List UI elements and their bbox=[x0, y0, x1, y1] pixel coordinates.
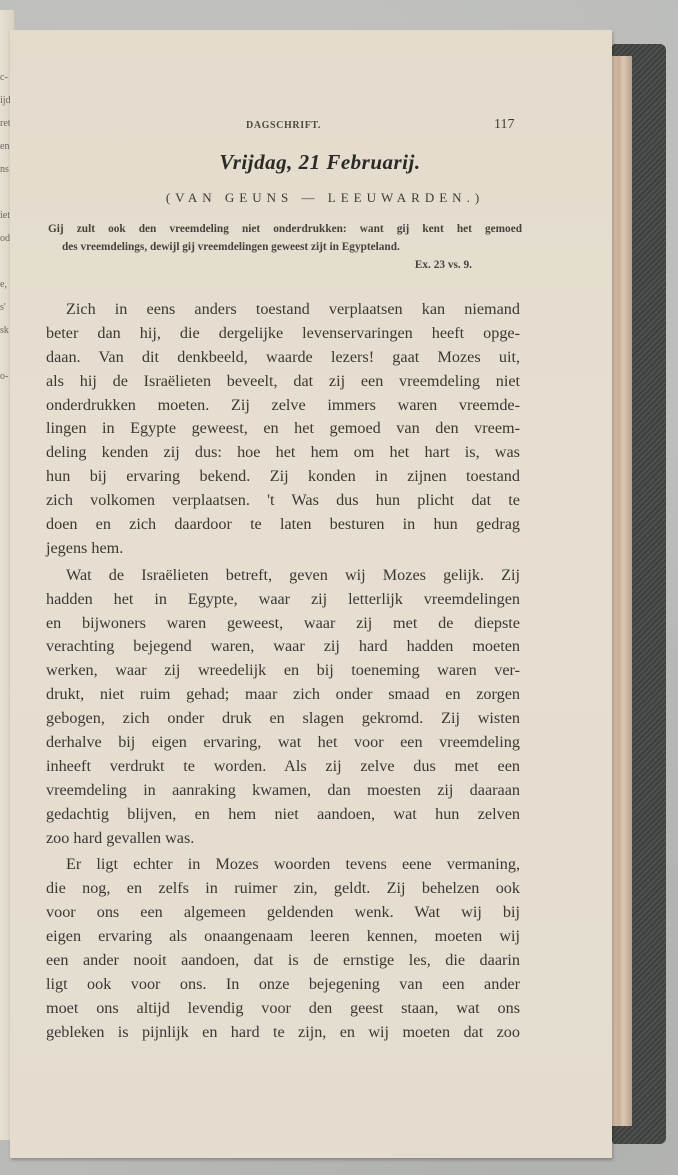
text-line: hadden het in Egypte, waar zij letterlij… bbox=[46, 588, 520, 612]
text-line: Wat de Israëlieten betreft, geven wij Mo… bbox=[46, 564, 520, 588]
text-line: Zich in eens anders toestand verplaatsen… bbox=[46, 298, 520, 322]
text-line: onderdrukken moeten. Zij zelve immers wa… bbox=[46, 394, 520, 418]
page-edges bbox=[610, 56, 632, 1126]
text-line: ligt ook voor ons. In onze bejegening va… bbox=[46, 973, 520, 997]
text-line: verachting bejegend waren, waar zij hard… bbox=[46, 635, 520, 659]
text-line: als hij de Israëlieten beveelt, dat zij … bbox=[46, 370, 520, 394]
book-page: DAGSCHRIFT. 117 Vrijdag, 21 Februarij. (… bbox=[10, 30, 612, 1158]
text-line: hun bij ervaring bekend. Zij konden in z… bbox=[46, 465, 520, 489]
page-number: 117 bbox=[494, 117, 514, 133]
body-text: Zich in eens anders toestand verplaatsen… bbox=[46, 298, 520, 1048]
text-line: moet ons altijd levendig voor den geest … bbox=[46, 997, 520, 1021]
epigraph: Gij zult ook den vreemdeling niet onderd… bbox=[48, 220, 522, 274]
text-line: en bijwoners waren geweest, waar zij met… bbox=[46, 612, 520, 636]
text-line: zoo hard gevallen was. bbox=[46, 827, 520, 851]
text-line: gebleken is pijnlijk en hard te zijn, en… bbox=[46, 1021, 520, 1045]
paragraph: Er ligt echter in Mozes woorden tevens e… bbox=[46, 853, 520, 1044]
entry-byline: (VAN GEUNS — LEEUWARDEN.) bbox=[10, 190, 612, 206]
text-line: vreemdeling in aanraking kwamen, dan moe… bbox=[46, 779, 520, 803]
text-line: een ander nooit aandoen, dat is de ernst… bbox=[46, 949, 520, 973]
text-line: die nog, en zelfs in ruimer zin, geldt. … bbox=[46, 877, 520, 901]
text-line: eigen ervaring als onaangenaam leeren ke… bbox=[46, 925, 520, 949]
text-line: werken, waar zij wreedelijk en bij toene… bbox=[46, 659, 520, 683]
paragraph: Zich in eens anders toestand verplaatsen… bbox=[46, 298, 520, 561]
text-line: voor ons een algemeen geldenden wenk. Wa… bbox=[46, 901, 520, 925]
epigraph-line: des vreemdelings, dewijl gij vreemdeling… bbox=[48, 238, 522, 256]
text-line: gedachtig blijven, en hem niet aandoen, … bbox=[46, 803, 520, 827]
text-line: daan. Van dit denkbeeld, waarde lezers! … bbox=[46, 346, 520, 370]
running-title: DAGSCHRIFT. bbox=[246, 120, 321, 131]
text-line: deling kenden zij dus: hoe het hem om he… bbox=[46, 441, 520, 465]
text-line: drukt, niet ruim gehad; maar zich onder … bbox=[46, 683, 520, 707]
running-head: DAGSCHRIFT. 117 bbox=[10, 120, 612, 140]
text-line: inheeft verdrukt te worden. Als zij zelv… bbox=[46, 755, 520, 779]
entry-heading: Vrijdag, 21 Februarij. bbox=[10, 150, 612, 175]
text-line: Er ligt echter in Mozes woorden tevens e… bbox=[46, 853, 520, 877]
text-line: lingen in Egypte geweest, en het gemoed … bbox=[46, 417, 520, 441]
text-line: derhalve bij eigen ervaring, wat het voo… bbox=[46, 731, 520, 755]
text-line: beter dan hij, die dergelijke levenserva… bbox=[46, 322, 520, 346]
paragraph: Wat de Israëlieten betreft, geven wij Mo… bbox=[46, 564, 520, 851]
text-line: jegens hem. bbox=[46, 537, 520, 561]
text-line: doen en zich daardoor te laten besturen … bbox=[46, 513, 520, 537]
epigraph-source: Ex. 23 vs. 9. bbox=[48, 256, 522, 274]
text-line: zich volkomen verplaatsen. 't Was dus hu… bbox=[46, 489, 520, 513]
text-line: gebogen, zich onder druk en slagen gekro… bbox=[46, 707, 520, 731]
epigraph-line: Gij zult ook den vreemdeling niet onderd… bbox=[48, 220, 522, 238]
